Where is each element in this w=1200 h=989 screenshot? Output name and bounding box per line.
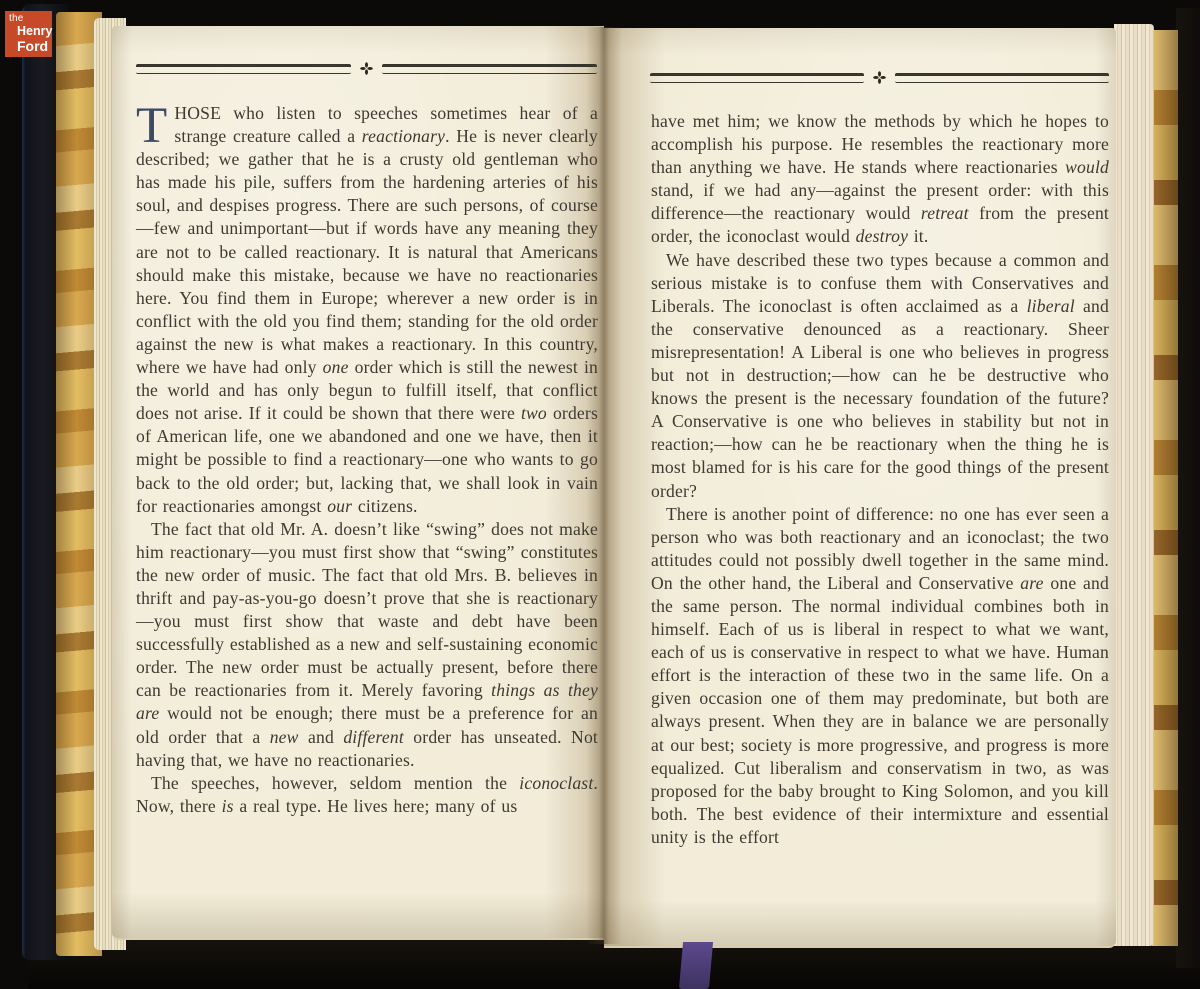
- text-segment-italic: reactionary: [362, 126, 445, 146]
- right-page-text: have met him; we know the methods by whi…: [651, 110, 1109, 849]
- fleur-ornament-icon: [873, 71, 886, 84]
- bookmark-ribbon: [679, 942, 713, 989]
- text-segment-italic: liberal: [1027, 296, 1075, 316]
- text-segment-italic: different: [343, 727, 404, 747]
- rule-segment: [650, 73, 864, 83]
- paragraph: The fact that old Mr. A. doesn’t like “s…: [136, 518, 598, 772]
- text-segment: and: [299, 727, 344, 747]
- text-segment-italic: are: [1020, 573, 1043, 593]
- text-segment-italic: two: [521, 403, 547, 423]
- logo-henry: Henry: [17, 25, 52, 38]
- text-segment-italic: one: [323, 357, 349, 377]
- logo-the: the: [9, 14, 52, 24]
- paragraph: The speeches, however, seldom mention th…: [136, 772, 598, 818]
- drop-cap: T: [136, 102, 174, 147]
- text-segment: The fact that old Mr. A. doesn’t like “s…: [136, 519, 598, 701]
- paragraph: We have described these two types becaus…: [651, 249, 1109, 503]
- text-segment: The speeches, however, seldom mention th…: [151, 773, 519, 793]
- text-segment: and the conservative denounced as a reac…: [651, 296, 1109, 501]
- text-segment: have met him; we know the methods by whi…: [651, 111, 1109, 177]
- text-segment-italic: retreat: [921, 203, 969, 223]
- book-cover-right: [1176, 8, 1200, 968]
- rule-segment: [136, 64, 351, 74]
- text-segment-italic: would: [1065, 157, 1109, 177]
- paragraph: There is another point of difference: no…: [651, 503, 1109, 849]
- paragraph: have met him; we know the methods by whi…: [651, 110, 1109, 249]
- page-edge-stack-right: [1114, 24, 1154, 946]
- text-segment: a real type. He lives here; many of us: [234, 796, 518, 816]
- text-segment: citizens.: [352, 496, 417, 516]
- text-segment-italic: new: [270, 727, 299, 747]
- text-segment: one and the same person. The normal indi…: [651, 573, 1109, 847]
- right-page: have met him; we know the methods by whi…: [604, 28, 1116, 948]
- marbled-page-edge-right: [1152, 30, 1178, 946]
- rule-segment: [895, 73, 1109, 83]
- book-photo: THOSE who listen to speeches sometimes h…: [0, 0, 1200, 989]
- fleur-ornament-icon: [360, 62, 373, 75]
- text-segment: . He is never clearly described; we gath…: [136, 126, 598, 377]
- text-segment-italic: our: [327, 496, 352, 516]
- logo-ford: Ford: [17, 39, 52, 53]
- left-page-text: THOSE who listen to speeches sometimes h…: [136, 102, 598, 818]
- left-page: THOSE who listen to speeches sometimes h…: [112, 26, 604, 940]
- paragraph: THOSE who listen to speeches sometimes h…: [136, 102, 598, 518]
- text-segment-italic: iconoclast: [519, 773, 593, 793]
- henry-ford-logo: the Henry Ford: [5, 11, 52, 57]
- text-segment: it.: [908, 226, 928, 246]
- head-rule-right: [650, 71, 1109, 84]
- text-segment-italic: destroy: [856, 226, 908, 246]
- rule-segment: [382, 64, 597, 74]
- head-rule-left: [136, 62, 597, 75]
- text-segment-italic: is: [222, 796, 234, 816]
